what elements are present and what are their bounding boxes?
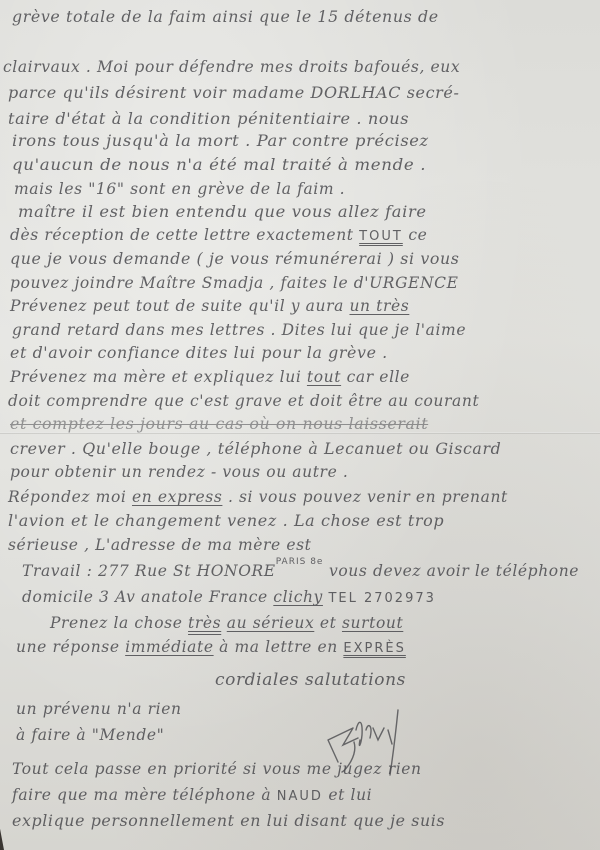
line-text: Prévenez ma mère et expliquez lui (10, 368, 301, 386)
line-text: une réponse (16, 638, 120, 656)
letter-line: grand retard dans mes lettres . Dites lu… (12, 321, 466, 339)
letter-line: une réponse immédiate à ma lettre en EXP… (16, 638, 406, 656)
letter-line: mais les "16" sont en grève de la faim . (14, 180, 345, 198)
letter-line: l'avion et le changement venez . La chos… (8, 512, 444, 530)
emphasis-tout: tout (307, 368, 341, 386)
emphasis-au-serieux: au sérieux (227, 614, 315, 632)
line-text: Travail : 277 Rue St HONORE (22, 562, 276, 580)
closing-salutation: cordiales salutations (215, 670, 406, 690)
letter-line: faire que ma mère téléphone à NAUD et lu… (12, 786, 372, 804)
letter-line: irons tous jusqu'à la mort . Par contre … (12, 132, 429, 150)
letter-line: dès réception de cette lettre exactement… (10, 226, 427, 244)
line-text: et (320, 614, 337, 632)
emphasis-surtout: surtout (342, 614, 403, 632)
letter-line: Répondez moi en express . si vous pouvez… (8, 488, 508, 506)
letter-line: doit comprendre que c'est grave et doit … (8, 392, 479, 410)
postscript-line: à faire à "Mende" (16, 726, 164, 744)
letter-line: Tout cela passe en priorité si vous me j… (12, 760, 422, 778)
line-text: et lui (328, 786, 372, 804)
letter-line: pouvez joindre Maître Smadja , faites le… (10, 274, 459, 292)
line-text: domicile 3 Av anatole France (22, 588, 268, 606)
letter-line: pour obtenir un rendez - vous ou autre . (10, 463, 348, 481)
emphasis-tres: très (188, 614, 221, 632)
telephone-number: TEL 2702973 (328, 591, 435, 606)
line-text: Répondez moi (8, 488, 126, 506)
line-text: ce (408, 226, 427, 244)
emphasis-expres: EXPRÈS (343, 641, 405, 656)
emphasis-clichy: clichy (273, 588, 323, 606)
letter-line: Prévenez peut tout de suite qu'il y aura… (10, 297, 409, 315)
line-text: dès réception de cette lettre exactement (10, 226, 354, 244)
line-text: vous devez avoir le téléphone (329, 562, 579, 580)
line-text: car elle (347, 368, 410, 386)
address-work-line: Travail : 277 Rue St HONOREPARIS 8e vous… (22, 562, 579, 580)
line-text: Prenez la chose (50, 614, 183, 632)
emphasis-tout: TOUT (359, 229, 403, 244)
letter-line: explique personnellement en lui disant q… (12, 812, 445, 830)
letter-line: qu'aucun de nous n'a été mal traité à me… (12, 156, 426, 174)
emphasis-un-tres: un très (349, 297, 409, 315)
postscript-line: un prévenu n'a rien (16, 700, 182, 718)
line-text: . si vous pouvez venir en prenant (228, 488, 508, 506)
letter-line: crever . Qu'elle bouge , téléphone à Lec… (10, 440, 501, 458)
line-text: à ma lettre en (219, 638, 338, 656)
address-home-line: domicile 3 Av anatole France clichy TEL … (22, 588, 436, 606)
line-text: faire que ma mère téléphone à (12, 786, 271, 804)
letter-line: sérieuse , L'adresse de ma mère est (8, 536, 312, 554)
letter-line: maître il est bien entendu que vous alle… (18, 203, 427, 221)
letter-page: grève totale de la faim ainsi que le 15 … (0, 0, 600, 850)
name-naud: NAUD (277, 789, 323, 804)
letter-line-struck: et comptez les jours au cas où on nous l… (10, 415, 428, 433)
letter-line: Prévenez ma mère et expliquez lui tout c… (10, 368, 410, 386)
superscript-paris: PARIS 8e (276, 557, 324, 567)
letter-line: taire d'état à la condition pénitentiair… (8, 110, 409, 128)
letter-line: Prenez la chose très au sérieux et surto… (50, 614, 403, 632)
letter-line: grève totale de la faim ainsi que le 15 … (12, 8, 439, 26)
line-text: Prévenez peut tout de suite qu'il y aura (10, 297, 344, 315)
letter-line: clairvaux . Moi pour défendre mes droits… (3, 58, 460, 76)
letter-line: que je vous demande ( je vous rémunérera… (10, 250, 460, 268)
letter-line: parce qu'ils désirent voir madame DORLHA… (8, 84, 460, 102)
emphasis-en-express: en express (132, 488, 222, 506)
emphasis-immediate: immédiate (125, 638, 213, 656)
letter-line: et d'avoir confiance dites lui pour la g… (10, 344, 388, 362)
